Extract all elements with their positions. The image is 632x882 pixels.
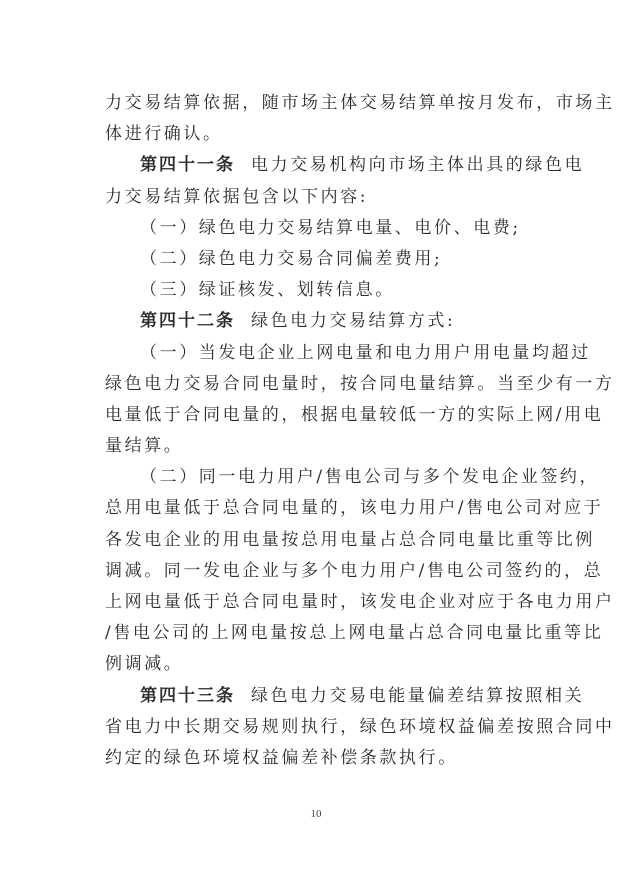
text-line: 绿色电力交易电能量偏差结算按照相关: [251, 686, 584, 706]
article-42-line: 第四十二条绿色电力交易结算方式:: [105, 306, 529, 337]
text-line: 总用电量低于总合同电量的，该电力用户/售电公司对应于: [105, 493, 529, 524]
text-line: 调减。同一发电企业与多个电力用户/售电公司签约的，总: [105, 556, 529, 587]
text-line: 电量低于合同电量的，根据电量较低一方的实际上网/用电: [105, 400, 529, 431]
text-line: 体进行确认。: [105, 119, 529, 150]
text-line: 绿色电力交易合同电量时，按合同电量结算。当至少有一方: [105, 369, 529, 400]
list-item: （三）绿证核发、划转信息。: [105, 275, 529, 306]
text-line: （二）同一电力用户/售电公司与多个发电企业签约，: [105, 462, 529, 493]
text-line: 上网电量低于总合同电量时，该发电企业对应于各电力用户: [105, 587, 529, 618]
text-line: /售电公司的上网电量按总上网电量占总合同电量比重等比: [105, 618, 529, 649]
text-line: 电力交易机构向市场主体出具的绿色电: [251, 155, 584, 175]
article-heading: 第四十三条: [140, 686, 235, 706]
list-item: （一）绿色电力交易结算电量、电价、电费;: [105, 213, 529, 244]
article-43-line: 第四十三条绿色电力交易电能量偏差结算按照相关: [105, 681, 529, 712]
document-body: 力交易结算依据，随市场主体交易结算单按月发布，市场主 体进行确认。 第四十一条电…: [105, 88, 529, 774]
text-line: 例调减。: [105, 649, 529, 680]
text-line: 量结算。: [105, 431, 529, 462]
article-41-line: 第四十一条电力交易机构向市场主体出具的绿色电: [105, 150, 529, 181]
text-line: 力交易结算依据包含以下内容:: [105, 182, 529, 213]
text-line: 各发电企业的用电量按总用电量占总合同电量比重等比例: [105, 525, 529, 556]
text-line: （一）当发电企业上网电量和电力用户用电量均超过: [105, 338, 529, 369]
page-number: 10: [0, 808, 632, 820]
list-item: （二）绿色电力交易合同偏差费用;: [105, 244, 529, 275]
text-line: 绿色电力交易结算方式:: [251, 311, 455, 331]
text-line: 力交易结算依据，随市场主体交易结算单按月发布，市场主: [105, 88, 529, 119]
text-line: 约定的绿色环境权益偏差补偿条款执行。: [105, 743, 529, 774]
article-heading: 第四十二条: [140, 311, 235, 331]
article-heading: 第四十一条: [140, 155, 235, 175]
text-line: 省电力中长期交易规则执行，绿色环境权益偏差按照合同中: [105, 712, 529, 743]
